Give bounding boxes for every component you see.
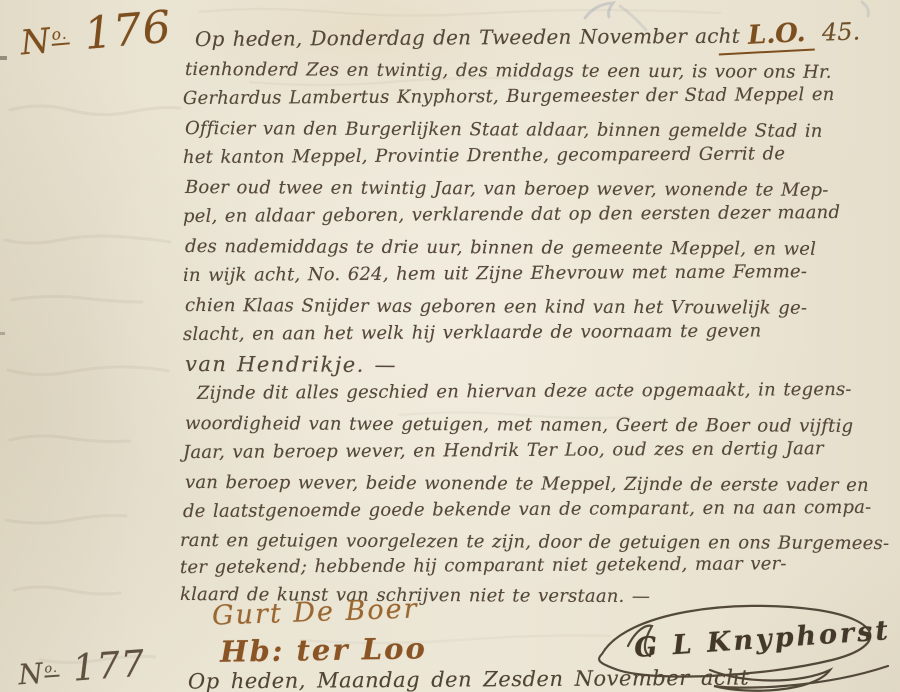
next-act-number-value: 177 bbox=[71, 642, 146, 690]
act-text-line: slacht, en aan het welk hij verklaarde d… bbox=[183, 316, 897, 350]
signature-witness-ter-loo: Hb: ter Loo bbox=[220, 631, 427, 669]
act-number: No. 176 bbox=[18, 1, 174, 65]
next-act-number-prefix: N bbox=[17, 657, 45, 692]
act-text-line: de laatstgenoemde goede bekende van de c… bbox=[183, 493, 897, 527]
act-text: Op heden, Donderdag den Tweeden November… bbox=[183, 25, 897, 608]
next-act-number: No. 177 bbox=[17, 642, 147, 692]
act-number-ordinal: o. bbox=[50, 24, 69, 45]
act-text-line: Zijnde dit alles geschied en hiervan dez… bbox=[183, 375, 897, 409]
act-text-line: Op heden, Donderdag den Tweeden November… bbox=[195, 21, 897, 55]
signature-witness-geert-de-boer: Gurt De Boer bbox=[212, 593, 419, 631]
act-number-prefix: N bbox=[19, 21, 53, 64]
act-text-line: ter getekend; hebbende hij comparant nie… bbox=[180, 549, 897, 580]
act-text-line: pel, en aldaar geboren, verklarende dat … bbox=[183, 198, 897, 232]
act-text-line: Jaar, van beroep wever, en Hendrik Ter L… bbox=[183, 434, 897, 468]
act-number-value: 176 bbox=[82, 1, 173, 59]
act-text-line: in wijk acht, No. 624, hem uit Zijne Ehe… bbox=[183, 257, 897, 291]
next-act-first-line: Op heden, Maandag den Zesden November ac… bbox=[188, 665, 888, 692]
page-edge-speck bbox=[0, 56, 7, 335]
civil-registry-page: No. 176 L.O. 45. Op heden, Donderdag den… bbox=[0, 0, 900, 692]
act-text-line: Gerhardus Lambertus Knyphorst, Burgemees… bbox=[183, 80, 897, 114]
next-act-number-ordinal: o. bbox=[43, 659, 60, 677]
act-text-line: het kanton Meppel, Provintie Drenthe, ge… bbox=[183, 139, 897, 173]
